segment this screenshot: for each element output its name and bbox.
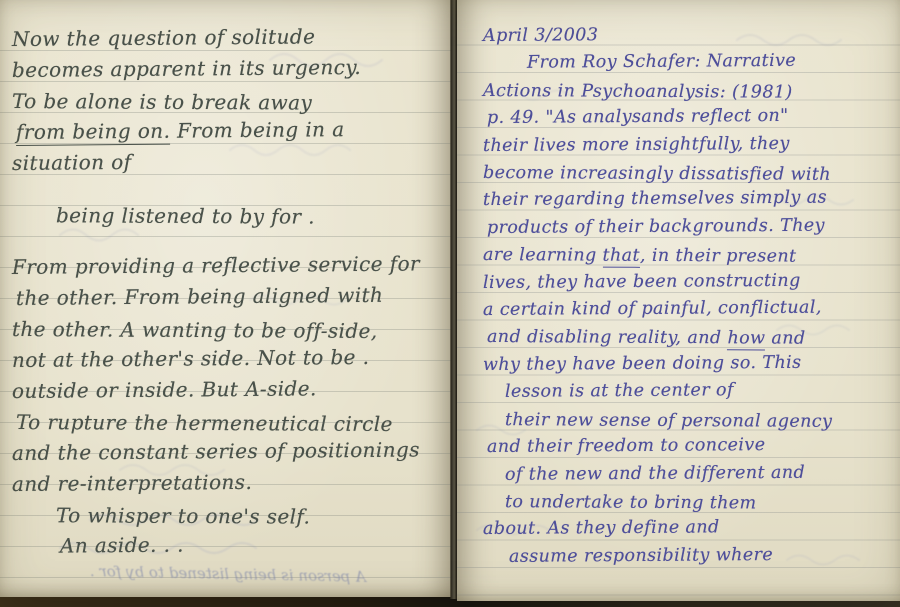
handwriting-line: of the new and the different and (483, 459, 898, 489)
handwriting-segment: , in their present (640, 246, 797, 267)
handwriting-segment: From providing a reflective service for (12, 251, 420, 279)
notebook-gutter (450, 0, 457, 599)
handwriting-line: and their freedom to conceive (487, 431, 898, 461)
handwriting-segment: From being in a (170, 117, 344, 143)
handwriting-segment: outside or inside. But A-side. (12, 376, 317, 403)
handwriting-line: why they have been doing so. This (483, 349, 898, 379)
handwriting-segment: assume responsibility where (509, 545, 773, 567)
handwriting-line: becomes apparent in its urgency. (12, 51, 447, 86)
handwriting-segment: their lives more insightfully, they (483, 133, 790, 155)
handwriting-underlined: that (603, 246, 640, 268)
handwriting-segment: becomes apparent in its urgency. (12, 55, 361, 82)
handwriting-line: not at the other's side. Not to be . (12, 341, 447, 376)
handwriting-line: the other. From being aligned with (16, 279, 447, 314)
handwriting-segment: a certain kind of painful, conflictual, (483, 298, 822, 320)
handwriting-segment: April 3/2003 (483, 25, 598, 46)
handwriting-segment: To whisper to one's self. (56, 503, 310, 528)
handwriting-segment: To be alone is to break away (12, 89, 312, 115)
handwriting-line: from being on. From being in a (16, 113, 447, 148)
handwriting-underlined: from being on. (16, 119, 171, 146)
handwriting-segment: From Roy Schafer: Narrative (527, 51, 796, 73)
handwriting-segment: become increasingly dissatisfied with (483, 163, 831, 185)
handwriting-line: lives, they have been constructing (483, 267, 898, 297)
handwriting-segment: An aside. . . (60, 533, 184, 558)
handwriting-segment: not at the other's side. Not to be . (12, 345, 370, 372)
handwriting-line: situation of (12, 144, 447, 179)
handwriting-segment: about. As they define and (483, 518, 720, 540)
handwriting-segment: their new sense of personal agency (505, 410, 832, 432)
handwriting-segment: Now the question of solitude (12, 24, 315, 51)
handwriting-segment: p. 49. "As analysands reflect on" (487, 106, 789, 128)
handwriting-line: Now the question of solitude (12, 20, 447, 55)
handwriting-underlined: how (727, 329, 765, 351)
notebook-photo: Now the question of solitudebecomes appa… (0, 0, 900, 607)
handwriting-line: An aside. . . (16, 527, 447, 562)
handwriting-segment: to undertake to bring them (505, 492, 757, 513)
handwriting-line: their regarding themselves simply as (483, 185, 898, 215)
notebook-left-page: Now the question of solitudebecomes appa… (0, 0, 451, 597)
handwriting-segment: products of their backgrounds. They (487, 215, 825, 237)
handwriting-segment: Actions in Psychoanalysis: (1981) (483, 81, 793, 103)
handwriting-segment: the other. From being aligned with (16, 283, 383, 310)
handwriting-line: From providing a reflective service for (12, 248, 447, 283)
handwriting-line: lesson is at the center of (483, 376, 898, 406)
handwriting-line: April 3/2003 (483, 20, 898, 50)
handwriting-line: p. 49. "As analysands reflect on" (487, 102, 898, 132)
handwriting-segment: why they have been doing so. This (483, 353, 802, 375)
handwriting-line: about. As they define and (483, 513, 898, 543)
handwriting-segment: lives, they have been constructing (483, 270, 801, 292)
handwriting-segment: lesson is at the center of (505, 381, 734, 403)
bleedthrough-text: A person is being listened to by for . (28, 561, 428, 587)
handwriting-segment: being listened to by for . (56, 203, 315, 228)
handwriting-segment: To rupture the hermeneutical circle (16, 410, 393, 436)
right-page-handwriting: April 3/2003From Roy Schafer: NarrativeA… (483, 23, 898, 571)
handwriting-segment: and their freedom to conceive (487, 435, 766, 457)
handwriting-segment: of the new and the different and (505, 462, 805, 484)
handwriting-segment: and re-interpretations. (12, 470, 252, 496)
handwriting-segment: the other. A wanting to be off-side, (12, 317, 378, 343)
handwriting-segment: and (765, 329, 805, 349)
handwriting-line: their lives more insightfully, they (483, 130, 898, 160)
notebook-right-page: April 3/2003From Roy Schafer: NarrativeA… (457, 0, 900, 601)
left-page-handwriting: Now the question of solitudebecomes appa… (12, 24, 447, 562)
handwriting-line: outside or inside. But A-side. (12, 372, 447, 407)
handwriting-segment: their regarding themselves simply as (483, 188, 827, 210)
handwriting-line: being listened to by for . (12, 200, 447, 233)
handwriting-line: assume responsibility where (487, 541, 898, 571)
handwriting-segment: and disabling reality, and (487, 327, 728, 348)
handwriting-line: and the constant series of positionings (12, 434, 447, 469)
handwriting-segment: and the constant series of positionings (12, 437, 420, 465)
handwriting-line: products of their backgrounds. They (487, 212, 898, 242)
handwriting-line: and re-interpretations. (12, 465, 447, 500)
handwriting-segment: situation of (12, 150, 132, 175)
handwriting-segment: are learning (483, 245, 603, 266)
handwriting-line: From Roy Schafer: Narrative (483, 48, 898, 78)
handwriting-line: a certain kind of painful, conflictual, (483, 294, 898, 324)
